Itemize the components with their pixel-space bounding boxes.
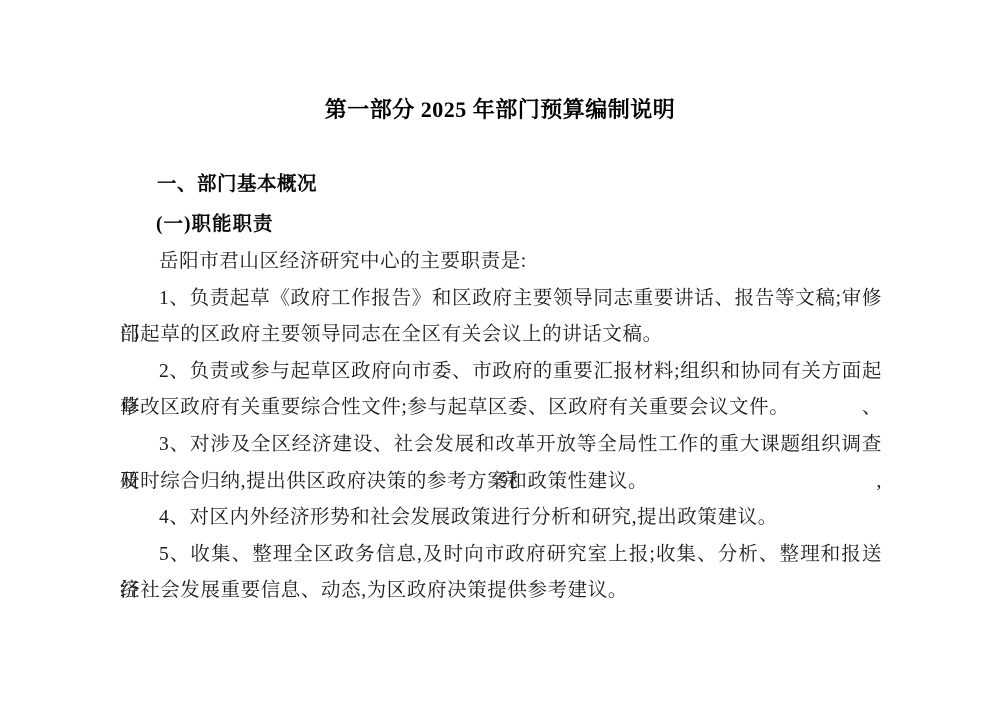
duty-2-line-1: 2、负责或参与起草区政府向市委、市政府的重要汇报材料;组织和协同有关方面起草、 [120,354,882,391]
duty-1-line-1: 1、负责起草《政府工作报告》和区政府主要领导同志重要讲话、报告等文稿;审修部 [120,281,882,318]
duty-5-line-1: 5、收集、整理全区政务信息,及时向市政府研究室上报;收集、分析、整理和报送经 [120,537,882,574]
duty-4-line-1: 4、对区内外经济形势和社会发展政策进行分析和研究,提出政策建议。 [120,500,882,537]
document-title: 第一部分 2025 年部门预算编制说明 [0,95,1000,125]
duty-1-line-2: 门起草的区政府主要领导同志在全区有关会议上的讲话文稿。 [120,317,882,354]
document-page: 第一部分 2025 年部门预算编制说明 一、部门基本概况 (一)职能职责 岳阳市… [0,0,1000,706]
intro-line: 岳阳市君山区经济研究中心的主要职责是: [120,244,882,281]
duty-3-line-1: 3、对涉及全区经济建设、社会发展和改革开放等全局性工作的重大课题组织调查研究, [120,427,882,464]
subsection-heading: (一)职能职责 [156,212,274,238]
duty-5-line-2: 济社会发展重要信息、动态,为区政府决策提供参考建议。 [120,573,882,610]
duty-2-line-2: 修改区政府有关重要综合性文件;参与起草区委、区政府有关重要会议文件。 [120,390,882,427]
section-heading: 一、部门基本概况 [157,171,317,197]
body-text-block: 岳阳市君山区经济研究中心的主要职责是: 1、负责起草《政府工作报告》和区政府主要… [120,244,882,610]
